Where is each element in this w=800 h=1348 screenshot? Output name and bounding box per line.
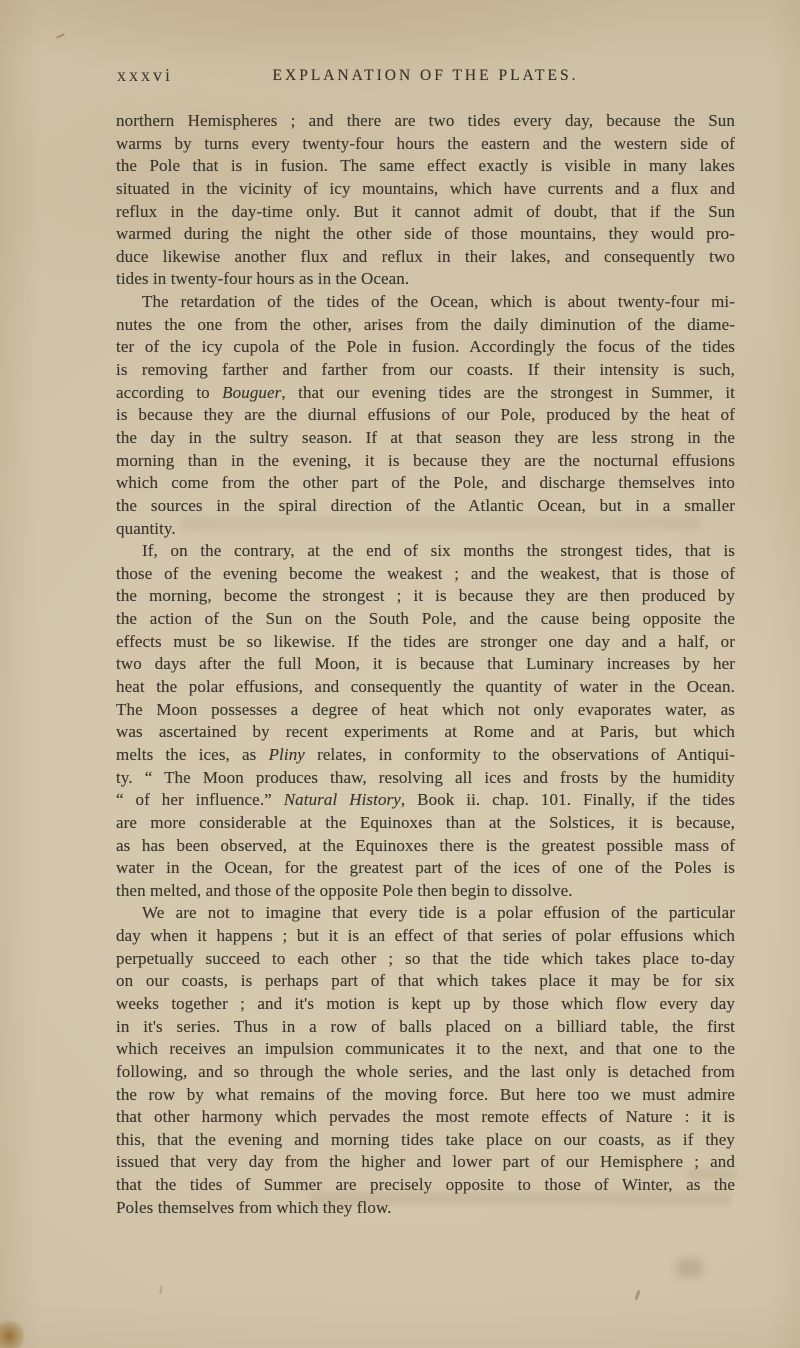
text-line: was ascertained by recent experiments at… bbox=[116, 721, 735, 744]
text-line: is because they are the diurnal effusion… bbox=[116, 404, 735, 427]
text-line: this, that the evening and morning tides… bbox=[116, 1129, 735, 1152]
text-line: following, and so through the whole seri… bbox=[116, 1061, 735, 1084]
text-line: ty. “ The Moon produces thaw, resolving … bbox=[116, 767, 735, 790]
text-line: which receives an impulsion communicates… bbox=[116, 1038, 735, 1061]
text-line: We are not to imagine that every tide is… bbox=[116, 902, 735, 925]
text-line: those of the evening become the weakest … bbox=[116, 563, 735, 586]
text-line: are more considerable at the Equinoxes t… bbox=[116, 812, 735, 835]
text-line: ter of the icy cupola of the Pole in fus… bbox=[116, 336, 735, 359]
text-line: The retardation of the tides of the Ocea… bbox=[116, 291, 735, 314]
page-body-text: northern Hemispheres ; and there are two… bbox=[116, 110, 735, 1219]
text-line: tides in twenty-four hours as in the Oce… bbox=[116, 268, 735, 291]
text-line: perpetually succeed to each other ; so t… bbox=[116, 948, 735, 971]
paper-speck bbox=[56, 33, 65, 39]
text-line: effects must be so likewise. If the tide… bbox=[116, 631, 735, 654]
text-line: the row by what remains of the moving fo… bbox=[116, 1084, 735, 1107]
text-line: morning than in the evening, it is becau… bbox=[116, 450, 735, 473]
text-line: two days after the full Moon, it is beca… bbox=[116, 653, 735, 676]
text-line: situated in the vicinity of icy mountain… bbox=[116, 178, 735, 201]
text-line: is removing farther and farther from our… bbox=[116, 359, 735, 382]
text-line: duce likewise another flux and reflux in… bbox=[116, 246, 735, 269]
text-line: day when it happens ; but it is an effec… bbox=[116, 925, 735, 948]
text-line: as has been observed, at the Equinoxes t… bbox=[116, 835, 735, 858]
paper-speck bbox=[159, 1286, 163, 1294]
paper-speck bbox=[634, 1290, 640, 1300]
text-line: “ of her influence.” Natural History, Bo… bbox=[116, 789, 735, 812]
text-line: the sources in the spiral direction of t… bbox=[116, 495, 735, 518]
text-line: The Moon possesses a degree of heat whic… bbox=[116, 699, 735, 722]
text-line: the day in the sultry season. If at that… bbox=[116, 427, 735, 450]
text-line: Poles themselves from which they flow. bbox=[116, 1197, 735, 1220]
ink-smudge bbox=[676, 1258, 704, 1278]
running-head: EXPLANATION OF THE PLATES. bbox=[116, 67, 735, 85]
text-line: weeks together ; and it's motion is kept… bbox=[116, 993, 735, 1016]
text-line: nutes the one from the other, arises fro… bbox=[116, 314, 735, 337]
text-line: water in the Ocean, for the greatest par… bbox=[116, 857, 735, 880]
text-line: the action of the Sun on the South Pole,… bbox=[116, 608, 735, 631]
text-line: the morning, become the strongest ; it i… bbox=[116, 585, 735, 608]
text-line: quantity. bbox=[116, 518, 735, 541]
book-page: xxxvi EXPLANATION OF THE PLATES. norther… bbox=[0, 0, 800, 1348]
text-line: northern Hemispheres ; and there are two… bbox=[116, 110, 735, 133]
foxing-stain bbox=[0, 1320, 25, 1348]
text-line: issued that very day from the higher and… bbox=[116, 1151, 735, 1174]
text-line: heat the polar effusions, and consequent… bbox=[116, 676, 735, 699]
text-line: melts the ices, as Pliny relates, in con… bbox=[116, 744, 735, 767]
text-line: If, on the contrary, at the end of six m… bbox=[116, 540, 735, 563]
page-header: xxxvi EXPLANATION OF THE PLATES. bbox=[116, 64, 735, 90]
text-line: then melted, and those of the opposite P… bbox=[116, 880, 735, 903]
text-line: which come from the other part of the Po… bbox=[116, 472, 735, 495]
text-line: warmed during the night the other side o… bbox=[116, 223, 735, 246]
text-line: on our coasts, is perhaps part of that w… bbox=[116, 970, 735, 993]
text-line: reflux in the day-time only. But it cann… bbox=[116, 201, 735, 224]
text-line: warms by turns every twenty-four hours t… bbox=[116, 133, 735, 156]
text-line: in it's series. Thus in a row of balls p… bbox=[116, 1016, 735, 1039]
text-line: the Pole that is in fusion. The same eff… bbox=[116, 155, 735, 178]
text-line: according to Bouguer, that our evening t… bbox=[116, 382, 735, 405]
text-line: that the tides of Summer are precisely o… bbox=[116, 1174, 735, 1197]
text-line: that other harmony which pervades the mo… bbox=[116, 1106, 735, 1129]
